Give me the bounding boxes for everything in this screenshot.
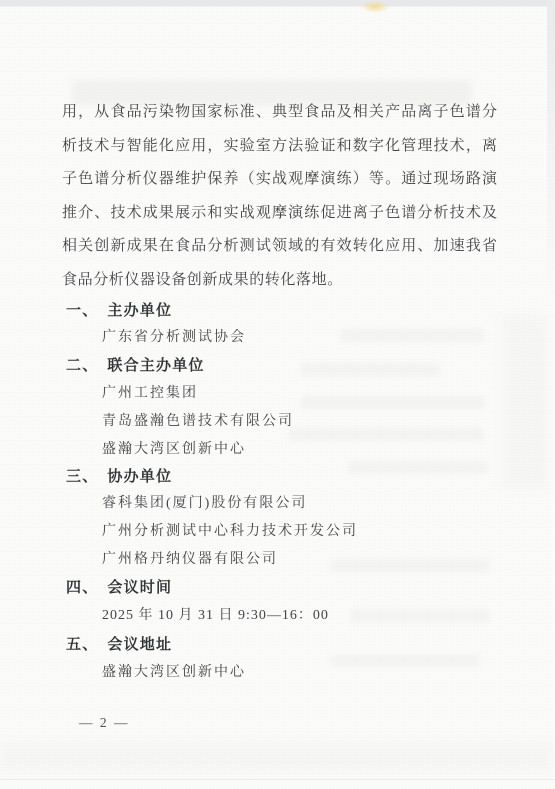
section-number: 四、 [66,580,98,596]
section-item: 睿科集团(厦门)股份有限公司 [102,492,307,512]
intro-paragraph: 用，从食品污染物国家标准、典型食品及相关产品离子色谱分 析技术与智能化应用，实验… [62,96,498,297]
bleedthrough-ghost [300,396,485,409]
scanned-document-page: 用，从食品污染物国家标准、典型食品及相关产品离子色谱分 析技术与智能化应用，实验… [0,0,555,789]
paragraph-line: 推介、技术成果展示和实战观摩演练促进离子色谱分析技术及 [62,197,498,231]
bleedthrough-ghost [350,610,490,622]
section-number: 一、 [66,303,98,319]
section-item: 广东省分析测试协会 [102,326,246,346]
meeting-time-value: 2025 年 10 月 31 日 9:30—16：00 [102,604,329,624]
bleedthrough-ghost [340,329,485,342]
bleedthrough-ghost [288,428,484,441]
section-heading-time: 四、会议时间 [66,576,172,597]
section-title: 主办单位 [107,303,172,319]
scan-edge-bottom [0,779,555,780]
page-number: — 2 — [79,715,130,731]
bleedthrough-ghost [348,461,488,474]
section-heading-address: 五、会议地址 [66,633,172,654]
scan-edge-right [547,0,555,300]
section-number: 五、 [66,637,98,653]
section-heading-organizer: 三、协办单位 [66,465,172,486]
scan-artifact-yellow [360,0,390,13]
section-number: 二、 [66,358,98,374]
bleedthrough-ghost [0,742,555,772]
section-title: 联合主办单位 [107,358,204,374]
bleedthrough-ghost [300,363,440,376]
section-item: 广州格丹纳仪器有限公司 [102,548,278,568]
section-heading-cohost: 二、联合主办单位 [66,354,205,375]
section-item: 广州分析测试中心科力技术开发公司 [102,520,358,540]
section-item: 青岛盛瀚色谱技术有限公司 [102,410,294,430]
paragraph-line: 用，从食品污染物国家标准、典型食品及相关产品离子色谱分 [62,96,498,130]
section-title: 会议时间 [107,580,172,596]
scan-edge-top [0,0,555,7]
meeting-address-value: 盛瀚大湾区创新中心 [102,661,246,681]
section-title: 协办单位 [107,469,172,485]
paragraph-line: 食品分析仪器设备创新成果的转化落地。 [62,264,498,298]
bleedthrough-ghost [502,315,548,490]
section-heading-host: 一、主办单位 [66,299,172,320]
paragraph-line: 相关创新成果在食品分析测试领域的有效转化应用、加速我省 [62,230,498,264]
section-item: 盛瀚大湾区创新中心 [102,438,246,458]
section-number: 三、 [66,469,98,485]
section-title: 会议地址 [107,637,172,653]
bleedthrough-ghost [330,655,480,667]
paragraph-line: 子色谱分析仪器维护保养（实战观摩演练）等。通过现场路演 [62,163,498,197]
section-item: 广州工控集团 [102,382,198,402]
paragraph-line: 析技术与智能化应用，实验室方法验证和数字化管理技术，离 [62,130,498,164]
bleedthrough-ghost [330,560,490,572]
